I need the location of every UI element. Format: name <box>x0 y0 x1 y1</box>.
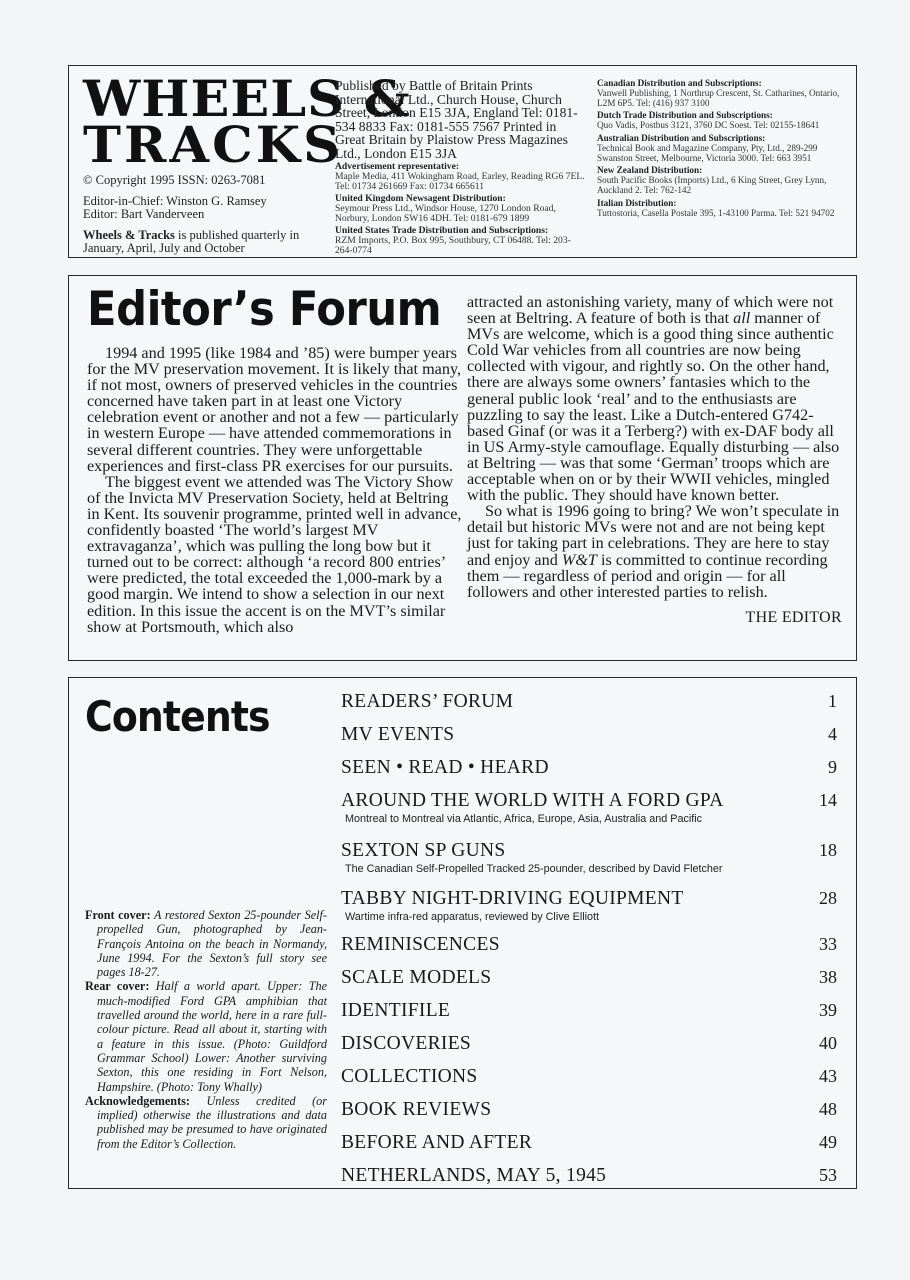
cover-credits: Front cover: A restored Sexton 25-pounde… <box>85 908 327 1151</box>
editor-signature: THE EDITOR <box>467 610 842 626</box>
masthead-panel: WHEELS & TRACKS © Copyright 1995 ISSN: 0… <box>68 65 857 258</box>
toc-entry-page: 1 <box>828 690 837 712</box>
toc-entry[interactable]: SCALE MODELS 38 <box>341 966 837 989</box>
toc-entry[interactable]: BEFORE AND AFTER 49 <box>341 1131 837 1154</box>
info-block: Advertisement representative: Maple Medi… <box>335 162 585 192</box>
copyright-notice: © Copyright 1995 ISSN: 0263-7081 <box>83 174 341 187</box>
credit-note: Rear cover: Half a world apart. Upper: T… <box>85 979 327 1093</box>
forum-paragraph: attracted an astonishing variety, many o… <box>467 294 842 503</box>
toc-entry-title[interactable]: REMINISCENCES <box>341 934 500 956</box>
contents-panel: Contents READERS’ FORUM 1 MV EVENTS 4 SE… <box>68 677 857 1189</box>
credit-note: Acknowledgements: Unless credited (or im… <box>85 1094 327 1151</box>
toc-entry-title[interactable]: SEEN • READ • HEARD <box>341 757 549 779</box>
editor: Editor: Bart Vanderveen <box>83 208 341 221</box>
toc-entry-page: 38 <box>819 966 837 988</box>
toc-entry-page: 18 <box>819 839 837 861</box>
forum-paragraph: So what is 1996 going to bring? We won’t… <box>467 503 842 600</box>
toc-entry[interactable]: SEEN • READ • HEARD 9 <box>341 756 837 779</box>
magazine-logo: WHEELS & TRACKS <box>83 76 346 168</box>
toc-entry-title[interactable]: AROUND THE WORLD WITH A FORD GPA <box>341 790 724 812</box>
toc-entry-title[interactable]: TABBY NIGHT-DRIVING EQUIPMENT <box>341 888 684 910</box>
toc-entry-title[interactable]: IDENTIFILE <box>341 1000 450 1022</box>
toc-entry-title[interactable]: SCALE MODELS <box>341 967 491 989</box>
contents-title: Contents <box>85 692 270 741</box>
toc-entry-subtitle: Wartime infra-red apparatus, reviewed by… <box>345 911 837 923</box>
toc-entry-title[interactable]: READERS’ FORUM <box>341 691 513 713</box>
forum-column-left: 1994 and 1995 (like 1984 and ’85) were b… <box>87 345 462 635</box>
credit-note: Front cover: A restored Sexton 25-pounde… <box>85 908 327 979</box>
toc-entry[interactable]: TABBY NIGHT-DRIVING EQUIPMENT 28 Wartime… <box>341 887 837 923</box>
toc-entry-title[interactable]: SEXTON SP GUNS <box>341 840 506 862</box>
toc-entry[interactable]: REMINISCENCES 33 <box>341 933 837 956</box>
toc-entry-page: 43 <box>819 1065 837 1087</box>
toc-entry[interactable]: MV EVENTS 4 <box>341 723 837 746</box>
toc-entry[interactable]: NETHERLANDS, MAY 5, 1945 53 <box>341 1164 837 1187</box>
masthead-publisher-info: Published by Battle of Britain Prints In… <box>335 79 585 256</box>
toc-entry-page: 49 <box>819 1131 837 1153</box>
toc-entry[interactable]: IDENTIFILE 39 <box>341 999 837 1022</box>
toc-entry-page: 53 <box>819 1164 837 1186</box>
toc-entry-page: 28 <box>819 887 837 909</box>
toc-entry-title[interactable]: DISCOVERIES <box>341 1033 471 1055</box>
forum-paragraph: 1994 and 1995 (like 1984 and ’85) were b… <box>87 345 462 474</box>
toc-entry[interactable]: AROUND THE WORLD WITH A FORD GPA 14 Mont… <box>341 789 837 825</box>
toc-entry-subtitle: The Canadian Self-Propelled Tracked 25-p… <box>345 863 837 875</box>
toc-entry-page: 48 <box>819 1098 837 1120</box>
masthead-distribution-info: Canadian Distribution and Subscriptions:… <box>597 79 855 221</box>
toc-entry[interactable]: BOOK REVIEWS 48 <box>341 1098 837 1121</box>
toc-entry-title[interactable]: MV EVENTS <box>341 724 454 746</box>
masthead-left: WHEELS & TRACKS © Copyright 1995 ISSN: 0… <box>83 76 341 255</box>
toc-entry-title[interactable]: BOOK REVIEWS <box>341 1099 491 1121</box>
distribution-block: Italian Distribution: Tuttostoria, Casel… <box>597 199 855 219</box>
toc-entry-page: 39 <box>819 999 837 1021</box>
distribution-block: Canadian Distribution and Subscriptions:… <box>597 79 855 108</box>
toc-entry[interactable]: COLLECTIONS 43 <box>341 1065 837 1088</box>
toc-entry-page: 33 <box>819 933 837 955</box>
forum-column-right: attracted an astonishing variety, many o… <box>467 294 842 626</box>
distribution-block: New Zealand Distribution: South Pacific … <box>597 166 855 195</box>
toc-entry[interactable]: DISCOVERIES 40 <box>341 1032 837 1055</box>
info-block: United States Trade Distribution and Sub… <box>335 226 585 256</box>
distribution-block: Australian Distribution and Subscription… <box>597 134 855 163</box>
distribution-block: Dutch Trade Distribution and Subscriptio… <box>597 111 855 131</box>
toc-entry[interactable]: READERS’ FORUM 1 <box>341 690 837 713</box>
table-of-contents: READERS’ FORUM 1 MV EVENTS 4 SEEN • READ… <box>341 690 837 1187</box>
info-block: United Kingdom Newsagent Distribution: S… <box>335 194 585 224</box>
publisher-address: Published by Battle of Britain Prints In… <box>335 79 585 160</box>
publication-frequency: Wheels & Tracks is published quarterly i… <box>83 229 341 255</box>
toc-entry-title[interactable]: BEFORE AND AFTER <box>341 1132 532 1154</box>
forum-paragraph: The biggest event we attended was The Vi… <box>87 474 462 635</box>
toc-entry-page: 4 <box>828 723 837 745</box>
toc-entry-page: 14 <box>819 789 837 811</box>
toc-entry-title[interactable]: COLLECTIONS <box>341 1066 478 1088</box>
forum-title: Editor’s Forum <box>87 282 441 337</box>
toc-entry[interactable]: SEXTON SP GUNS 18 The Canadian Self-Prop… <box>341 839 837 875</box>
toc-entry-subtitle: Montreal to Montreal via Atlantic, Afric… <box>345 813 837 825</box>
toc-entry-title[interactable]: NETHERLANDS, MAY 5, 1945 <box>341 1165 606 1187</box>
toc-entry-page: 40 <box>819 1032 837 1054</box>
toc-entry-page: 9 <box>828 756 837 778</box>
editors-forum-panel: Editor’s Forum 1994 and 1995 (like 1984 … <box>68 275 857 661</box>
